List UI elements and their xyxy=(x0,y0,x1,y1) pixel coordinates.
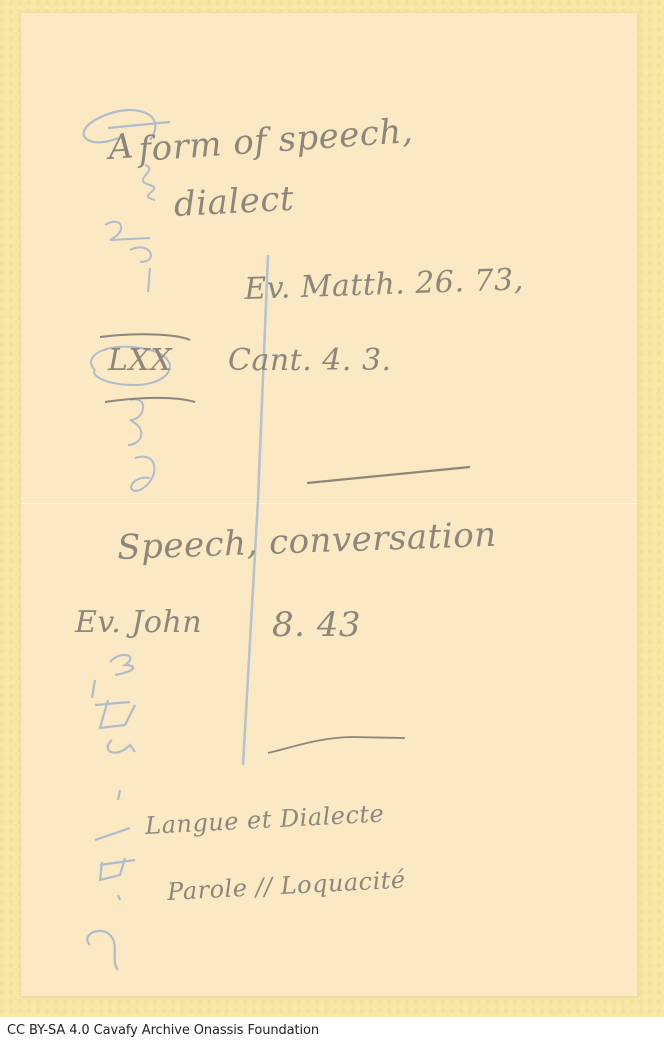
blue-margin-numerals-middle xyxy=(128,399,154,490)
blue-margin-numerals-top xyxy=(105,165,155,292)
line-4-canticles-reference: Cant. 4. 3. xyxy=(228,343,392,378)
blue-vertical-rule xyxy=(243,255,268,765)
line-1-prefix: A xyxy=(107,126,135,168)
line-6-john-label: Ev. John xyxy=(75,605,202,640)
divider-line-2 xyxy=(268,737,405,753)
blue-margin-numerals-bottom xyxy=(87,655,135,970)
line-6-john-reference: 8. 43 xyxy=(272,605,361,645)
lxx-overline xyxy=(100,334,190,340)
line-2-dialect: dialect xyxy=(173,179,295,225)
divider-line-1 xyxy=(307,467,470,483)
line-4-lxx: LXX xyxy=(108,343,172,378)
lxx-underline xyxy=(105,398,195,402)
license-credit: CC BY-SA 4.0 Cavafy Archive Onassis Foun… xyxy=(7,1020,319,1042)
